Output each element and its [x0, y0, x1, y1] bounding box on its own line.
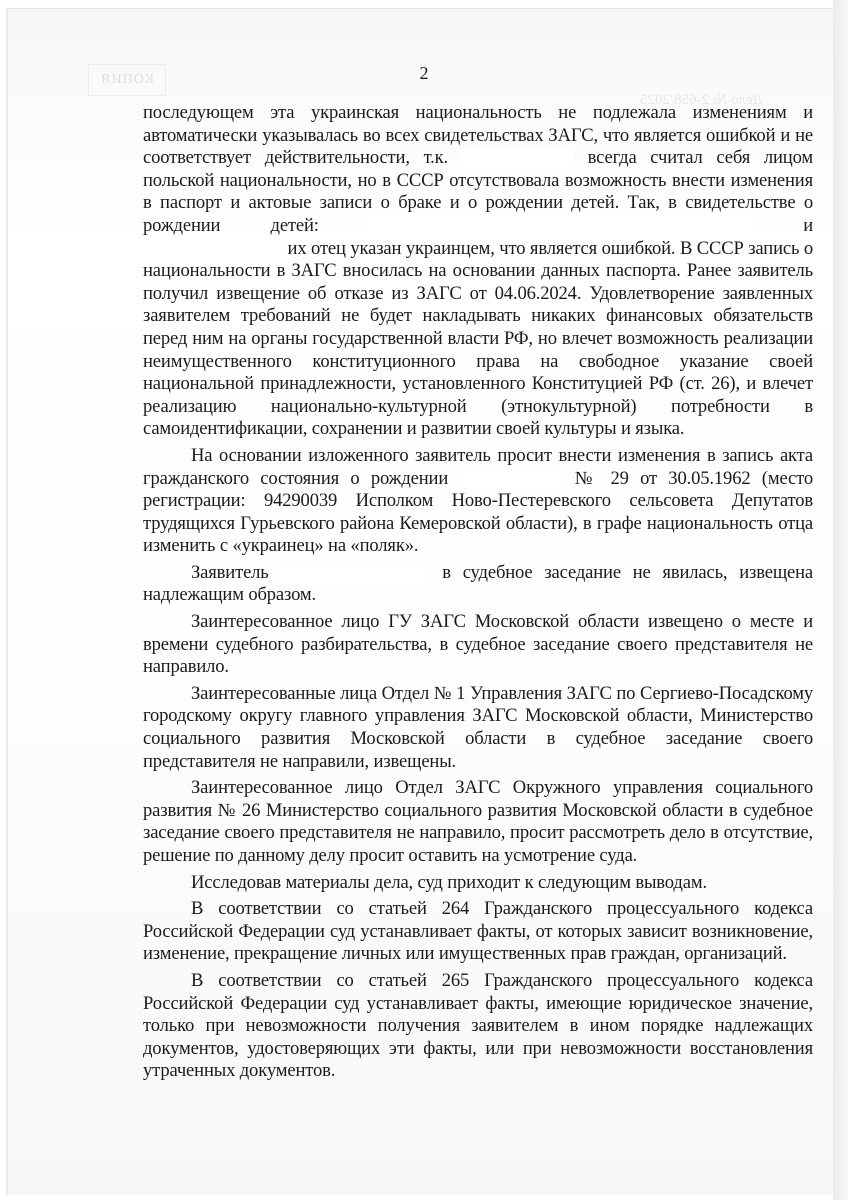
redacted-name [459, 468, 563, 491]
paragraph-applicant-absent: Заявитель в судебное заседание не явилас… [143, 562, 813, 607]
paragraph-text: их отец указан украинцем, что является о… [143, 238, 813, 440]
paragraph-interested-party-gu-zags: Заинтересованное лицо ГУ ЗАГС Московской… [143, 611, 813, 679]
page-number: 2 [0, 62, 848, 84]
paragraph-article-265: В соответствии со статьей 265 Гражданско… [143, 970, 813, 1083]
paragraph-interested-parties-otdel-1: Заинтересованные лица Отдел № 1 Управлен… [143, 683, 813, 773]
paragraph-court-conclusion-intro: Исследовав материалы дела, суд приходит … [143, 872, 813, 895]
paragraph-continuation: последующем эта украинская национальност… [143, 102, 813, 441]
redacted-names [369, 215, 753, 238]
redacted-name [280, 562, 430, 585]
paragraph-request: На основании изложенного заявитель проси… [143, 445, 813, 558]
redacted-name [143, 238, 283, 261]
scan-edge [833, 0, 848, 1200]
paragraph-article-264: В соответствии со статьей 264 Гражданско… [143, 898, 813, 966]
document-body: последующем эта украинская национальност… [143, 102, 813, 1083]
paragraph-interested-party-otdel-26: Заинтересованное лицо Отдел ЗАГС Окружно… [143, 777, 813, 867]
paragraph-text: Заявитель [191, 562, 269, 583]
paragraph-text: и [803, 215, 813, 236]
redacted-name [462, 147, 574, 170]
